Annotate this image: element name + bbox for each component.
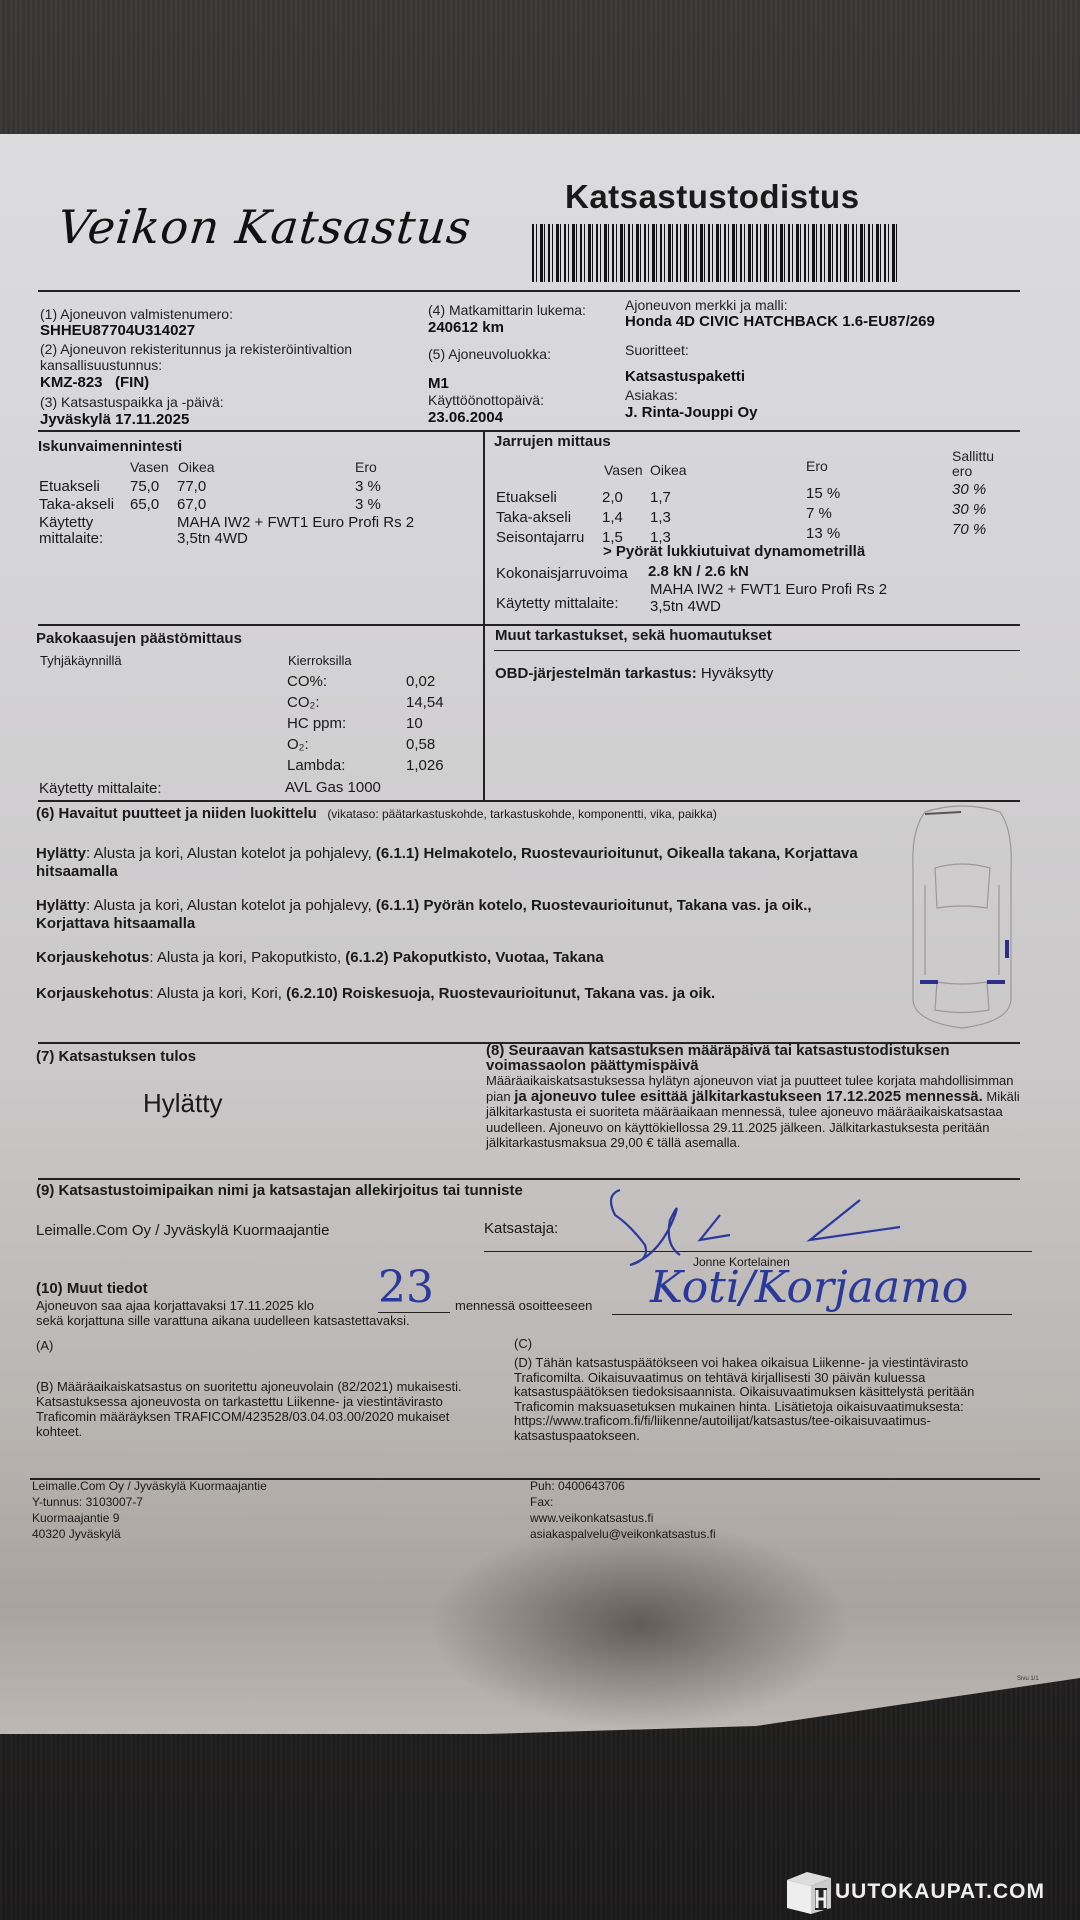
vin-label: (1) Ajoneuvon valmistenumero: bbox=[40, 306, 233, 322]
next-inspection-title: (8) Seuraavan katsastuksen määräpäivä ta… bbox=[486, 1043, 1026, 1073]
brake-row-diff: 15 % bbox=[806, 485, 840, 502]
footer-fax: Fax: bbox=[530, 1494, 716, 1510]
defects-header: (6) Havaitut puutteet ja niiden luokitte… bbox=[36, 805, 717, 823]
divider bbox=[38, 800, 1020, 802]
footer-business-id: Y-tunnus: 3103007-7 bbox=[32, 1494, 267, 1510]
vin-value: SHHEU87704U314027 bbox=[40, 322, 195, 339]
result-value: Hylätty bbox=[143, 1088, 222, 1119]
emission-row-name: CO%: bbox=[287, 673, 327, 690]
footer-phone: Puh: 0400643706 bbox=[530, 1478, 716, 1494]
service-value: Katsastuspaketti bbox=[625, 368, 745, 385]
obd-check: OBD-järjestelmän tarkastus: Hyväksytty bbox=[495, 665, 773, 682]
emission-row-name: HC ppm: bbox=[287, 715, 346, 732]
obd-label: OBD-järjestelmän tarkastus: bbox=[495, 665, 697, 682]
address-line bbox=[612, 1314, 1012, 1315]
brake-row-axle: Taka-akseli bbox=[496, 509, 571, 526]
defect-item: Hylätty: Alusta ja kori, Alustan kotelot… bbox=[36, 845, 881, 881]
brake-total-label: Kokonaisjarruvoima bbox=[496, 565, 628, 582]
emissions-idle-label: Tyhjäkäynnillä bbox=[40, 653, 122, 668]
defect-detail: (6.2.10) Roiskesuoja, Ruostevaurioitunut… bbox=[286, 985, 715, 1002]
brake-row-diff: 7 % bbox=[806, 505, 832, 522]
reg-value: KMZ-823 (FIN) bbox=[40, 374, 149, 391]
brake-col-right: Oikea bbox=[650, 462, 687, 478]
divider bbox=[38, 1178, 1020, 1180]
page-number: Sivu 1/1 bbox=[1017, 1676, 1039, 1682]
footer-email: asiakaspalvelu@veikonkatsastus.fi bbox=[530, 1526, 716, 1542]
odometer-value: 240612 km bbox=[428, 319, 504, 336]
shock-col-diff: Ero bbox=[355, 459, 377, 475]
shock-row-right: 67,0 bbox=[177, 496, 206, 513]
brake-row-right: 1,3 bbox=[650, 509, 671, 526]
shock-row-left: 65,0 bbox=[130, 496, 159, 513]
shock-row-axle: Etuakseli bbox=[39, 478, 100, 495]
odometer-label: (4) Matkamittarin lukema: bbox=[428, 302, 586, 318]
shock-row-diff: 3 % bbox=[355, 496, 381, 513]
drive-hour-handwritten: 23 bbox=[378, 1262, 434, 1313]
emission-row-value: 1,026 bbox=[406, 757, 444, 774]
brake-row-diff: 13 % bbox=[806, 525, 840, 542]
note-c: (C) bbox=[514, 1336, 532, 1351]
divider bbox=[38, 624, 1020, 626]
brake-row-right: 1,7 bbox=[650, 489, 671, 506]
shock-col-left: Vasen bbox=[130, 459, 169, 475]
place-label: (3) Katsastuspaikka ja -päivä: bbox=[40, 394, 224, 410]
defect-detail: (6.1.2) Pakoputkisto, Vuotaa, Takana bbox=[345, 949, 603, 966]
defects-subtitle: (vikataso: päätarkastuskohde, tarkastusk… bbox=[327, 807, 717, 821]
defect-level: Hylätty bbox=[36, 897, 86, 914]
shock-device-label-2: mittalaite: bbox=[39, 530, 103, 547]
defect-level: Korjauskehotus bbox=[36, 949, 149, 966]
shock-test-title: Iskunvaimennintesti bbox=[38, 438, 182, 455]
footer-contact: Puh: 0400643706 Fax: www.veikonkatsastus… bbox=[530, 1478, 716, 1542]
brake-row-allowed: 70 % bbox=[952, 521, 986, 538]
reg-label-1: (2) Ajoneuvon rekisteritunnus ja rekiste… bbox=[40, 341, 352, 357]
emissions-device-value: AVL Gas 1000 bbox=[285, 779, 381, 796]
defect-location: : Alusta ja kori, Kori, bbox=[149, 985, 286, 1002]
class-label: (5) Ajoneuvoluokka: bbox=[428, 346, 551, 362]
service-label: Suoritteet: bbox=[625, 342, 689, 358]
shock-device-2: 3,5tn 4WD bbox=[177, 530, 248, 547]
brake-row-allowed: 30 % bbox=[952, 481, 986, 498]
divider bbox=[38, 430, 1020, 432]
shock-col-right: Oikea bbox=[178, 459, 215, 475]
defect-location: : Alusta ja kori, Pakoputkisto, bbox=[149, 949, 345, 966]
barcode bbox=[532, 224, 900, 282]
watermark-text: UUTOKAUPAT.COM bbox=[835, 1880, 1045, 1904]
brake-col-allowed-2: ero bbox=[952, 463, 972, 479]
shock-row-right: 77,0 bbox=[177, 478, 206, 495]
car-top-view-icon bbox=[905, 800, 1020, 1030]
emission-row-value: 0,58 bbox=[406, 736, 435, 753]
defect-item: Korjauskehotus: Alusta ja kori, Kori, (6… bbox=[36, 985, 881, 1003]
customer-value: J. Rinta-Jouppi Oy bbox=[625, 404, 758, 421]
customer-label: Asiakas: bbox=[625, 387, 678, 403]
next-inspection-deadline: ja ajoneuvo tulee esittää jälkitarkastuk… bbox=[514, 1088, 983, 1105]
defect-level: Korjauskehotus bbox=[36, 985, 149, 1002]
emission-row-value: 0,02 bbox=[406, 673, 435, 690]
other-info-title: (10) Muut tiedot bbox=[36, 1280, 148, 1297]
divider bbox=[38, 290, 1020, 292]
defect-list: Hylätty: Alusta ja kori, Alustan kotelot… bbox=[36, 845, 881, 1021]
defect-location: : Alusta ja kori, Alustan kotelot ja poh… bbox=[86, 897, 376, 914]
huutokaupat-box-icon bbox=[785, 1868, 833, 1916]
drive-text-3: sekä korjattuna sille varattuna aikana u… bbox=[36, 1313, 410, 1328]
defect-item: Hylätty: Alusta ja kori, Alustan kotelot… bbox=[36, 897, 881, 933]
shock-row-diff: 3 % bbox=[355, 478, 381, 495]
defects-title: (6) Havaitut puutteet ja niiden luokitte… bbox=[36, 805, 317, 822]
divider-vertical bbox=[483, 430, 485, 802]
reg-label-2: kansallisuustunnus: bbox=[40, 357, 162, 373]
drive-text-2: mennessä osoitteeseen bbox=[455, 1298, 592, 1313]
first-use-label: Käyttöönottopäivä: bbox=[428, 392, 544, 408]
phone-shadow bbox=[430, 1520, 850, 1730]
brake-device-1: MAHA IW2 + FWT1 Euro Profi Rs 2 bbox=[650, 581, 887, 598]
emissions-device-label: Käytetty mittalaite: bbox=[39, 780, 162, 797]
note-b: (B) Määräaikaiskatsastus on suoritettu a… bbox=[36, 1379, 491, 1439]
shock-device-label-1: Käytetty bbox=[39, 514, 93, 531]
next-inspection-text: Määräaikaiskatsastuksessa hylätyn ajoneu… bbox=[486, 1073, 1026, 1151]
make-value: Honda 4D CIVIC HATCHBACK 1.6-EU87/269 bbox=[625, 313, 935, 330]
brake-device-2: 3,5tn 4WD bbox=[650, 598, 721, 615]
brake-row-allowed: 30 % bbox=[952, 501, 986, 518]
brake-col-diff: Ero bbox=[806, 458, 828, 474]
result-title: (7) Katsastuksen tulos bbox=[36, 1048, 196, 1065]
brake-row-left: 2,0 bbox=[602, 489, 623, 506]
drive-address-handwritten: Koti/Korjaamo bbox=[650, 1262, 968, 1313]
footer-address: Leimalle.Com Oy / Jyväskylä Kuormaajanti… bbox=[32, 1478, 267, 1542]
emission-row-value: 14,54 bbox=[406, 694, 444, 711]
defect-level: Hylätty bbox=[36, 845, 86, 862]
shock-row-left: 75,0 bbox=[130, 478, 159, 495]
company-logo: Veikon Katsastus bbox=[55, 200, 474, 254]
shock-device-1: MAHA IW2 + FWT1 Euro Profi Rs 2 bbox=[177, 514, 414, 531]
next-inspection: (8) Seuraavan katsastuksen määräpäivä ta… bbox=[486, 1043, 1026, 1151]
other-checks-title: Muut tarkastukset, sekä huomautukset bbox=[495, 627, 772, 644]
note-d: (D) Tähän katsastuspäätökseen voi hakea … bbox=[514, 1356, 1024, 1443]
watermark: UUTOKAUPAT.COM bbox=[785, 1868, 1045, 1916]
footer-city: 40320 Jyväskylä bbox=[32, 1526, 267, 1542]
brake-row-axle: Seisontajarru bbox=[496, 529, 584, 546]
note-a: (A) bbox=[36, 1338, 53, 1353]
brake-test-title: Jarrujen mittaus bbox=[494, 433, 611, 450]
shock-row-axle: Taka-akseli bbox=[39, 496, 114, 513]
brake-col-left: Vasen bbox=[604, 462, 643, 478]
drive-text-1: Ajoneuvon saa ajaa korjattavaksi 17.11.2… bbox=[36, 1298, 314, 1313]
emission-row-name: CO₂: bbox=[287, 694, 320, 711]
brake-total-value: 2.8 kN / 2.6 kN bbox=[648, 563, 749, 580]
emissions-rpm-label: Kierroksilla bbox=[288, 653, 352, 668]
brake-device-label: Käytetty mittalaite: bbox=[496, 595, 619, 612]
footer-website: www.veikonkatsastus.fi bbox=[530, 1510, 716, 1526]
station-name: Leimalle.Com Oy / Jyväskylä Kuormaajanti… bbox=[36, 1222, 329, 1239]
emission-row-name: Lambda: bbox=[287, 757, 345, 774]
inspector-label: Katsastaja: bbox=[484, 1220, 558, 1237]
class-value: M1 bbox=[428, 375, 449, 392]
place-value: Jyväskylä 17.11.2025 bbox=[40, 411, 189, 428]
brake-col-allowed-1: Sallittu bbox=[952, 448, 994, 464]
brake-row-left: 1,4 bbox=[602, 509, 623, 526]
defect-item: Korjauskehotus: Alusta ja kori, Pakoputk… bbox=[36, 949, 881, 967]
footer-company: Leimalle.Com Oy / Jyväskylä Kuormaajanti… bbox=[32, 1478, 267, 1494]
brake-row-axle: Etuakseli bbox=[496, 489, 557, 506]
emissions-title: Pakokaasujen päästömittaus bbox=[36, 630, 242, 647]
document-title: Katsastustodistus bbox=[565, 178, 860, 216]
emission-row-name: O₂: bbox=[287, 736, 309, 753]
make-label: Ajoneuvon merkki ja malli: bbox=[625, 297, 788, 313]
defect-location: : Alusta ja kori, Alustan kotelot ja poh… bbox=[86, 845, 376, 862]
obd-value: Hyväksytty bbox=[701, 665, 774, 682]
emission-row-value: 10 bbox=[406, 715, 423, 732]
brake-note: > Pyörät lukkiutuivat dynamometrillä bbox=[603, 543, 865, 560]
first-use-value: 23.06.2004 bbox=[428, 409, 503, 426]
divider bbox=[494, 650, 1020, 651]
signature-title: (9) Katsastustoimipaikan nimi ja katsast… bbox=[36, 1182, 523, 1199]
footer-street: Kuormaajantie 9 bbox=[32, 1510, 267, 1526]
